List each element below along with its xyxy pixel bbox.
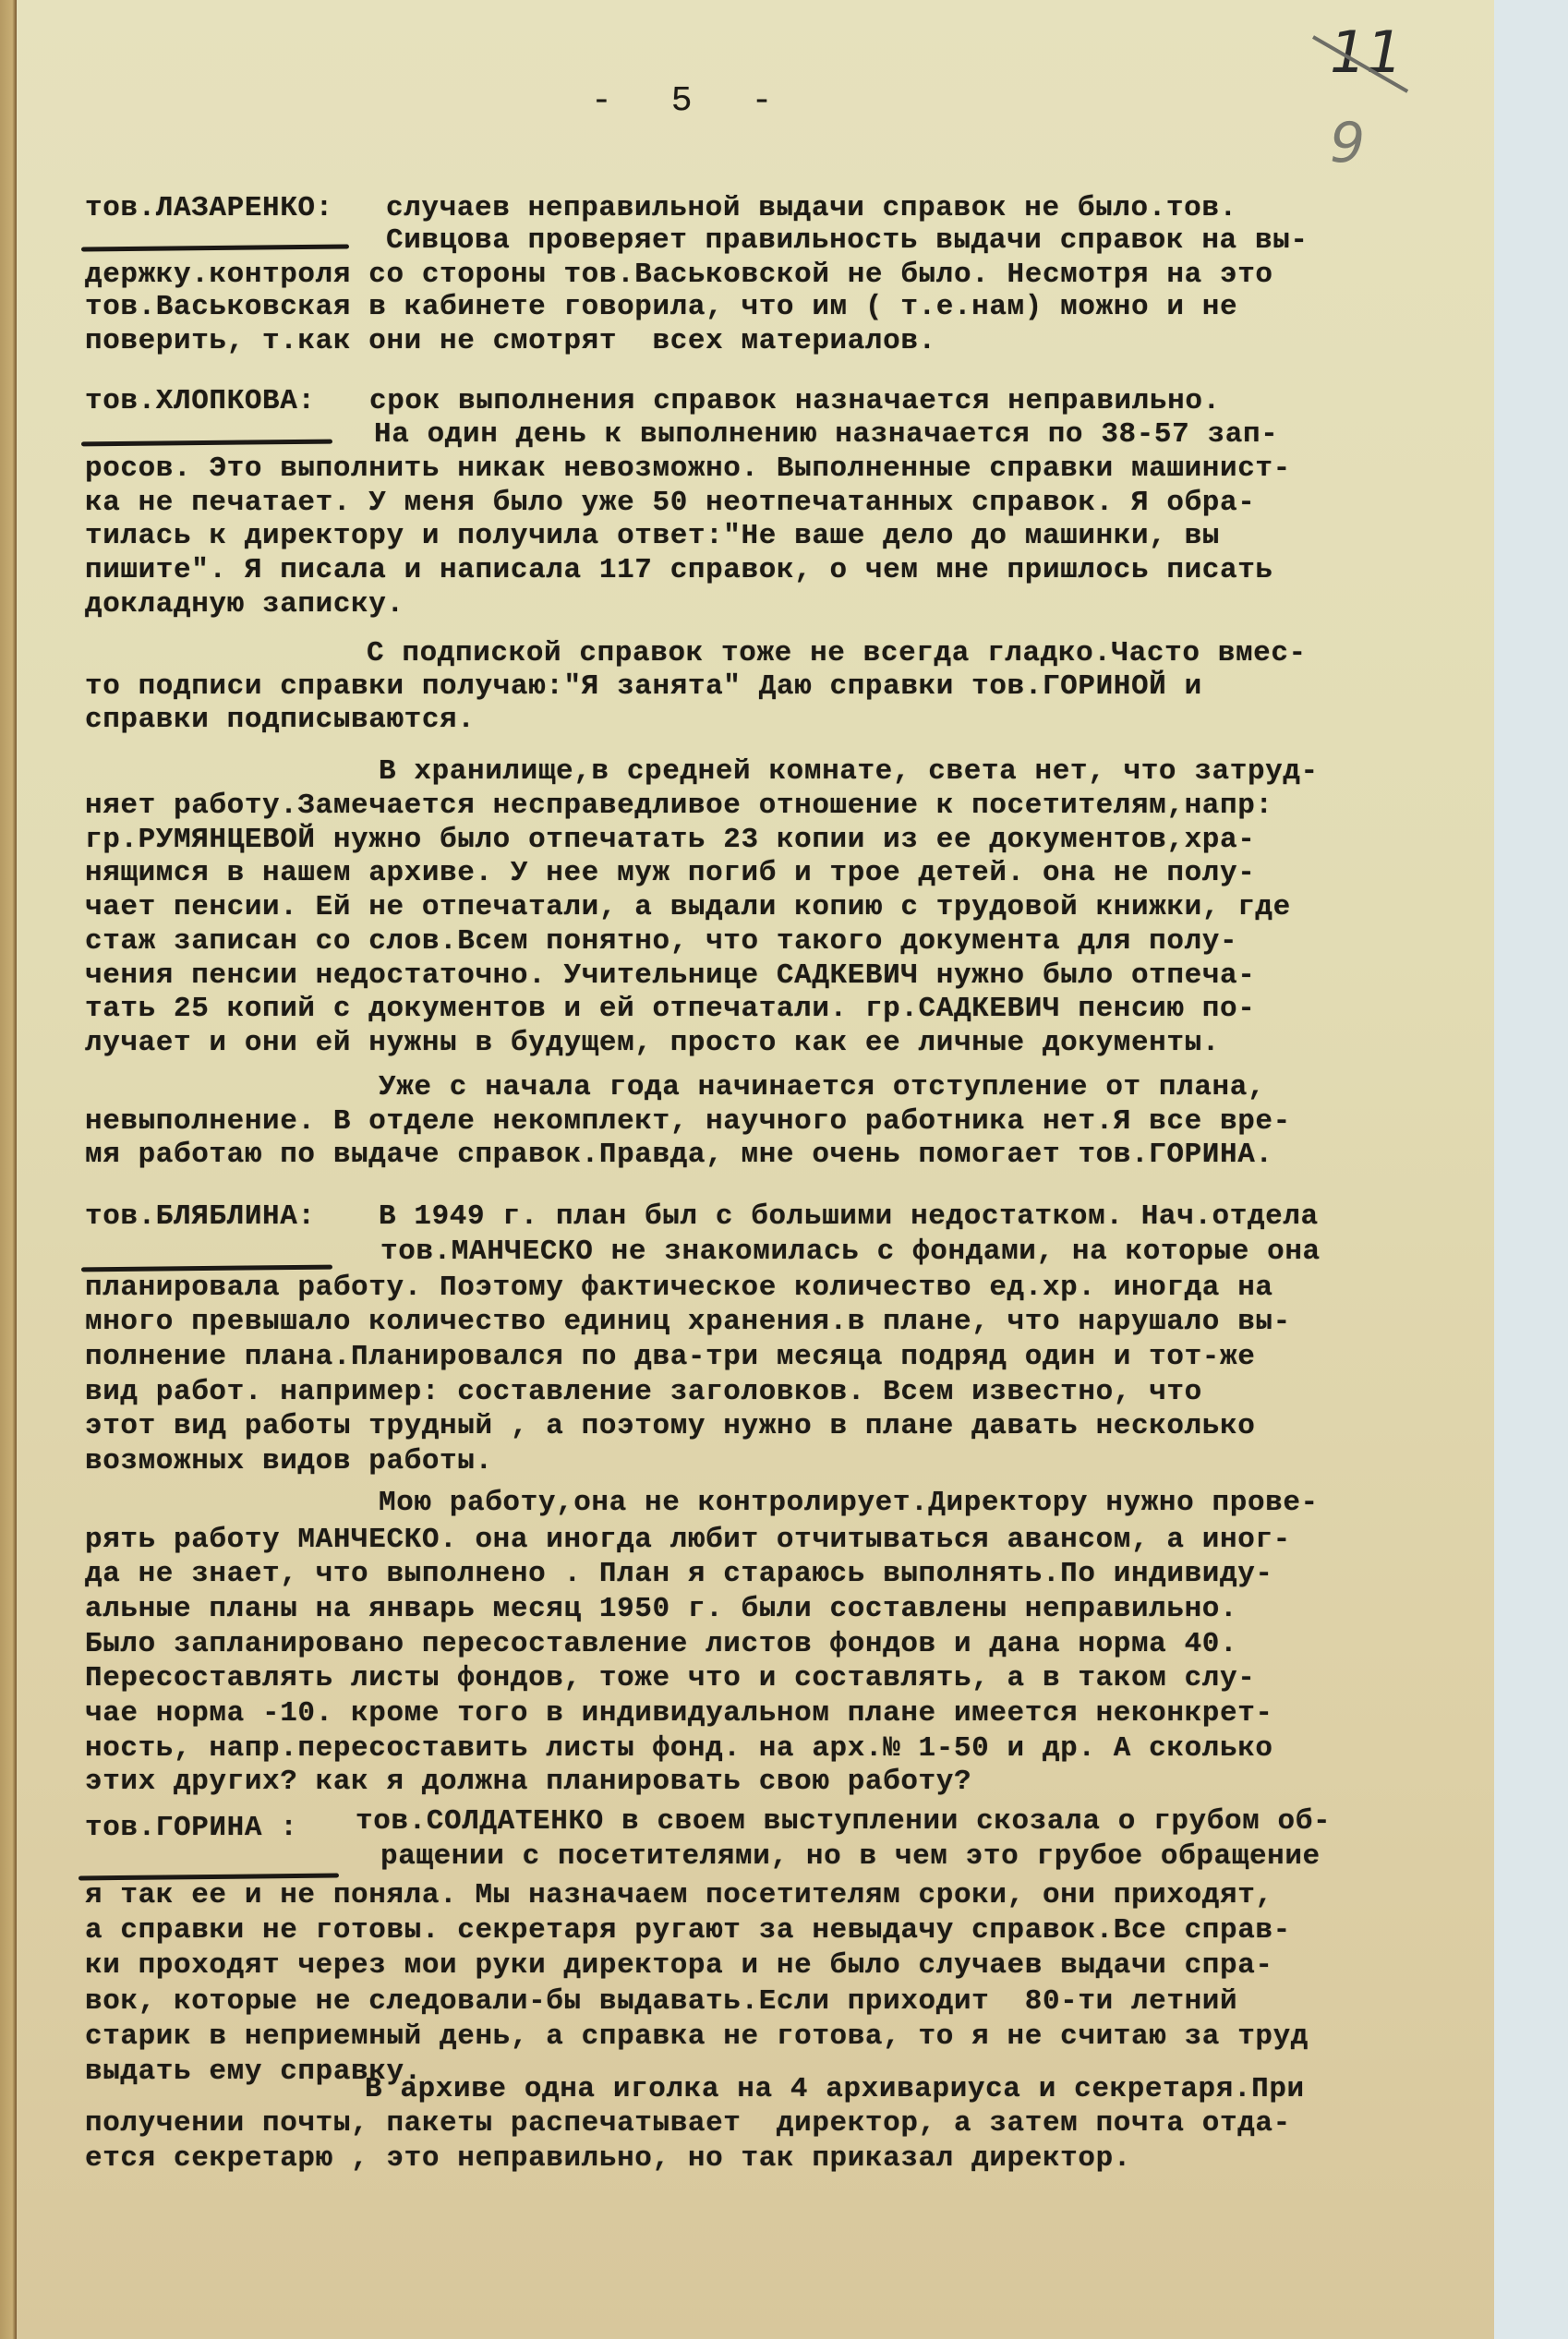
text-line: тов.Васьковская в кабинете говорила, что… xyxy=(85,291,1237,323)
text-line: ется секретарю , это неправильно, но так… xyxy=(85,2142,1131,2175)
text-line: стаж записан со слов.Всем понятно, что т… xyxy=(85,925,1237,958)
text-line: На один день к выполнению назначается по… xyxy=(374,418,1278,451)
text-line: ращении с посетителями, но в чем это гру… xyxy=(380,1840,1321,1873)
text-line: нящимся в нашем архиве. У нее муж погиб … xyxy=(85,857,1255,889)
text-line: держку.контроля со стороны тов.Васьковск… xyxy=(85,259,1273,291)
text-line: альные планы на январь месяц 1950 г. был… xyxy=(85,1593,1237,1625)
text-line: поверить, т.как они не смотрят всех мате… xyxy=(85,325,936,357)
speaker-name: тов.БЛЯБЛИНА: xyxy=(85,1200,316,1233)
text-line: Было запланировано пересоставление листо… xyxy=(85,1628,1237,1660)
text-line: рять работу МАНЧЕСКО. она иногда любит о… xyxy=(85,1524,1291,1556)
speaker-name: тов.ГОРИНА : xyxy=(85,1812,297,1844)
text-line: Мою работу,она не контролирует.Директору… xyxy=(379,1487,1319,1519)
text-line: ки проходят через мои руки директора и н… xyxy=(85,1949,1273,1982)
text-line: тать 25 копий с документов и ей отпечата… xyxy=(85,993,1255,1025)
text-line: старик в неприемный день, а справка не г… xyxy=(85,2020,1309,2053)
text-line: няет работу.Замечается несправедливое от… xyxy=(85,790,1273,822)
page-number: - 5 - xyxy=(591,81,773,121)
text-line: чения пенсии недостаточно. Учительнице С… xyxy=(85,959,1255,992)
text-line: мя работаю по выдаче справок.Правда, мне… xyxy=(85,1139,1273,1171)
text-line: а справки не готовы. секретаря ругают за… xyxy=(85,1914,1291,1947)
text-line: В архиве одна иголка на 4 архивариуса и … xyxy=(365,2073,1305,2105)
text-line: справки подписываются. xyxy=(85,704,475,736)
text-line: планировала работу. Поэтому фактическое … xyxy=(85,1272,1273,1304)
text-line: Уже с начала года начинается отступление… xyxy=(379,1071,1265,1103)
text-line: чает пенсии. Ей не отпечатали, а выдали … xyxy=(85,891,1291,923)
text-line: докладную записку. xyxy=(85,588,404,621)
text-line: Сивцова проверяет правильность выдачи сп… xyxy=(386,224,1309,257)
text-line: ность, напр.пересоставить листы фонд. на… xyxy=(85,1732,1273,1765)
text-line: получении почты, пакеты распечатывает ди… xyxy=(85,2107,1291,2140)
text-line: этот вид работы трудный , а поэтому нужн… xyxy=(85,1410,1255,1442)
speaker-name: тов.ХЛОПКОВА: xyxy=(85,385,316,417)
text-line: С подпиской справок тоже не всегда гладк… xyxy=(367,637,1307,669)
text-line: чае норма -10. кроме того в индивидуальн… xyxy=(85,1697,1273,1730)
handwritten-folio-new: 9 xyxy=(1330,111,1365,175)
text-line: срок выполнения справок назначается непр… xyxy=(369,385,1221,417)
text-line: лучает и они ей нужны в будущем, просто … xyxy=(85,1027,1220,1059)
text-line: В 1949 г. план был с большими недостатко… xyxy=(379,1200,1319,1233)
text-line: невыполнение. В отделе некомплект, научн… xyxy=(85,1105,1291,1138)
text-line: В хранилище,в средней комнате, света нет… xyxy=(379,755,1319,788)
text-line: да не знает, что выполнено . План я стар… xyxy=(85,1558,1273,1590)
text-line: гр.РУМЯНЦЕВОЙ нужно было отпечатать 23 к… xyxy=(85,824,1255,856)
text-line: тов.СОЛДАТЕНКО в своем выступлении скоза… xyxy=(356,1805,1331,1838)
text-line: вид работ. например: составление заголов… xyxy=(85,1376,1202,1408)
text-line: вок, которые не следовали-бы выдавать.Ес… xyxy=(85,1985,1237,2018)
text-line: я так ее и не поняла. Мы назначаем посет… xyxy=(85,1879,1273,1911)
text-line: тов.МАНЧЕСКО не знакомилась с фондами, н… xyxy=(380,1236,1321,1268)
text-line: много превышало количество единиц хранен… xyxy=(85,1306,1291,1338)
text-line: Пересоставлять листы фондов, тоже что и … xyxy=(85,1662,1255,1694)
text-line: случаев неправильной выдачи справок не б… xyxy=(386,192,1237,224)
text-line: ка не печатает. У меня было уже 50 неотп… xyxy=(85,487,1255,519)
text-line: росов. Это выполнить никак невозможно. В… xyxy=(85,452,1291,485)
speaker-name: тов.ЛАЗАРЕНКО: xyxy=(85,192,333,224)
text-line: тилась к директору и получила ответ:"Не … xyxy=(85,520,1220,552)
text-line: пишите". Я писала и написала 117 справок… xyxy=(85,554,1273,586)
text-line: то подписи справки получаю:"Я занята" Да… xyxy=(85,670,1202,703)
text-line: этих других? как я должна планировать св… xyxy=(85,1766,971,1798)
text-line: возможных видов работы. xyxy=(85,1445,493,1477)
text-line: полнение плана.Планировался по два-три м… xyxy=(85,1341,1255,1373)
